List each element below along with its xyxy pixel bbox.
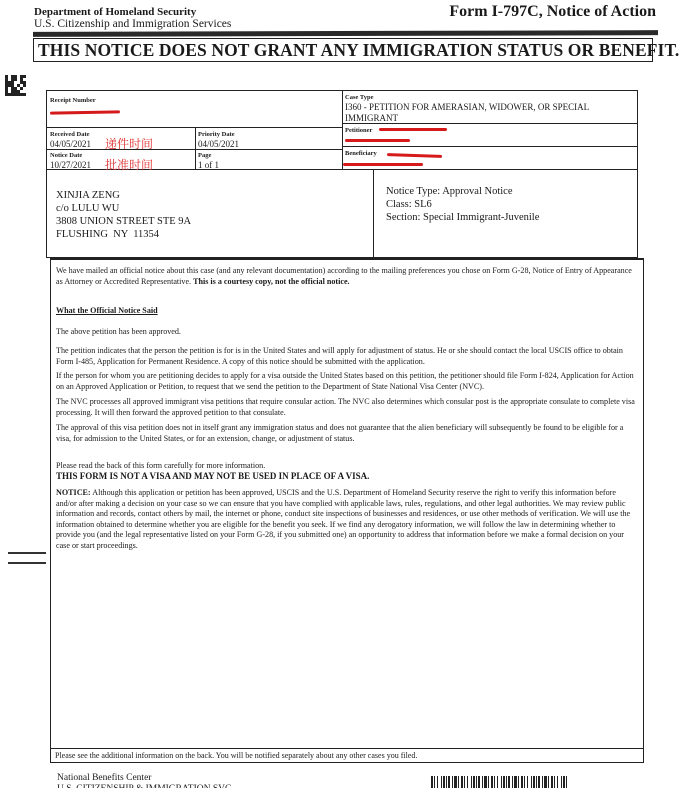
form-title: Form I-797C, Notice of Action (449, 3, 656, 21)
page-value: 1 of 1 (198, 160, 339, 171)
notice-type: Notice Type: Approval Notice (386, 185, 630, 198)
service-center-name: National Benefits Center (57, 773, 231, 784)
case-type-value: I360 - PETITION FOR AMERASIAN, WIDOWER, … (345, 102, 605, 124)
priority-date-label: Priority Date (198, 131, 339, 139)
notice-body: We have mailed an official notice about … (50, 258, 644, 763)
priority-date-cell: Priority Date 04/05/2021 (195, 129, 342, 152)
address-line-4: FLUSHING NY 11354 (56, 228, 365, 241)
beneficiary-name-redaction (343, 163, 423, 166)
courtesy-copy-note: This is a courtesy copy, not the officia… (193, 277, 349, 286)
petitioner-cell: Petitioner (342, 125, 637, 137)
paragraph-visa-outside: If the person for whom you are petitioni… (56, 371, 637, 392)
priority-date-value: 04/05/2021 (198, 139, 339, 150)
notice-section: Section: Special Immigrant-Juvenile (386, 211, 630, 224)
paragraph-adjustment: The petition indicates that the person t… (56, 346, 637, 367)
status-banner: THIS NOTICE DOES NOT GRANT ANY IMMIGRATI… (33, 38, 653, 62)
service-center: National Benefits Center U.S. CITIZENSHI… (57, 773, 231, 788)
paragraph-nvc: The NVC processes all approved immigrant… (56, 397, 637, 418)
datamatrix-code-icon (5, 75, 26, 96)
notice-date-annotation: 批准时间 (105, 156, 153, 173)
address-line-1: XINJIA ZENG (56, 189, 365, 202)
receipt-number-redaction (50, 110, 120, 114)
intro-paragraph: We have mailed an official notice about … (56, 266, 637, 287)
petitioner-redaction (379, 128, 447, 131)
notice-class: Class: SL6 (386, 198, 630, 211)
barcode-icon (431, 776, 567, 788)
approval-statement: The above petition has been approved. (56, 327, 637, 338)
service-center-agency: U.S. CITIZENSHIP & IMMIGRATION SVC (57, 784, 231, 788)
fold-mark (8, 552, 46, 554)
header-divider (33, 30, 658, 37)
page-label: Page (198, 152, 339, 160)
footer-note: Please see the additional information on… (50, 748, 644, 762)
fold-mark (8, 562, 46, 564)
case-info-table: Receipt Number Received Date 04/05/2021 … (46, 90, 638, 258)
case-type-cell: Case Type I360 - PETITION FOR AMERASIAN,… (342, 92, 637, 126)
page-cell: Page 1 of 1 (195, 150, 342, 173)
petitioner-name-redaction (345, 139, 410, 142)
notice-label: NOTICE: (56, 488, 91, 497)
address-line-3: 3808 UNION STREET STE 9A (56, 215, 365, 228)
agency-name: Department of Homeland Security (34, 6, 196, 18)
case-type-label: Case Type (345, 94, 634, 102)
mailing-address: XINJIA ZENG c/o LULU WU 3808 UNION STREE… (53, 187, 368, 243)
read-back-note: Please read the back of this form carefu… (56, 461, 637, 472)
notice-text: Although this application or petition ha… (56, 488, 630, 550)
notice-info: Notice Type: Approval Notice Class: SL6 … (383, 183, 633, 226)
subagency-name: U.S. Citizenship and Immigration Service… (34, 18, 231, 30)
section-heading: What the Official Notice Said (56, 306, 637, 317)
not-a-visa-warning: THIS FORM IS NOT A VISA AND MAY NOT BE U… (56, 471, 637, 482)
address-line-2: c/o LULU WU (56, 202, 365, 215)
paragraph-no-status: The approval of this visa petition does … (56, 423, 637, 444)
receipt-number-cell: Receipt Number (47, 95, 342, 107)
notice-paragraph: NOTICE: Although this application or pet… (56, 488, 637, 551)
receipt-number-label: Receipt Number (50, 97, 339, 105)
